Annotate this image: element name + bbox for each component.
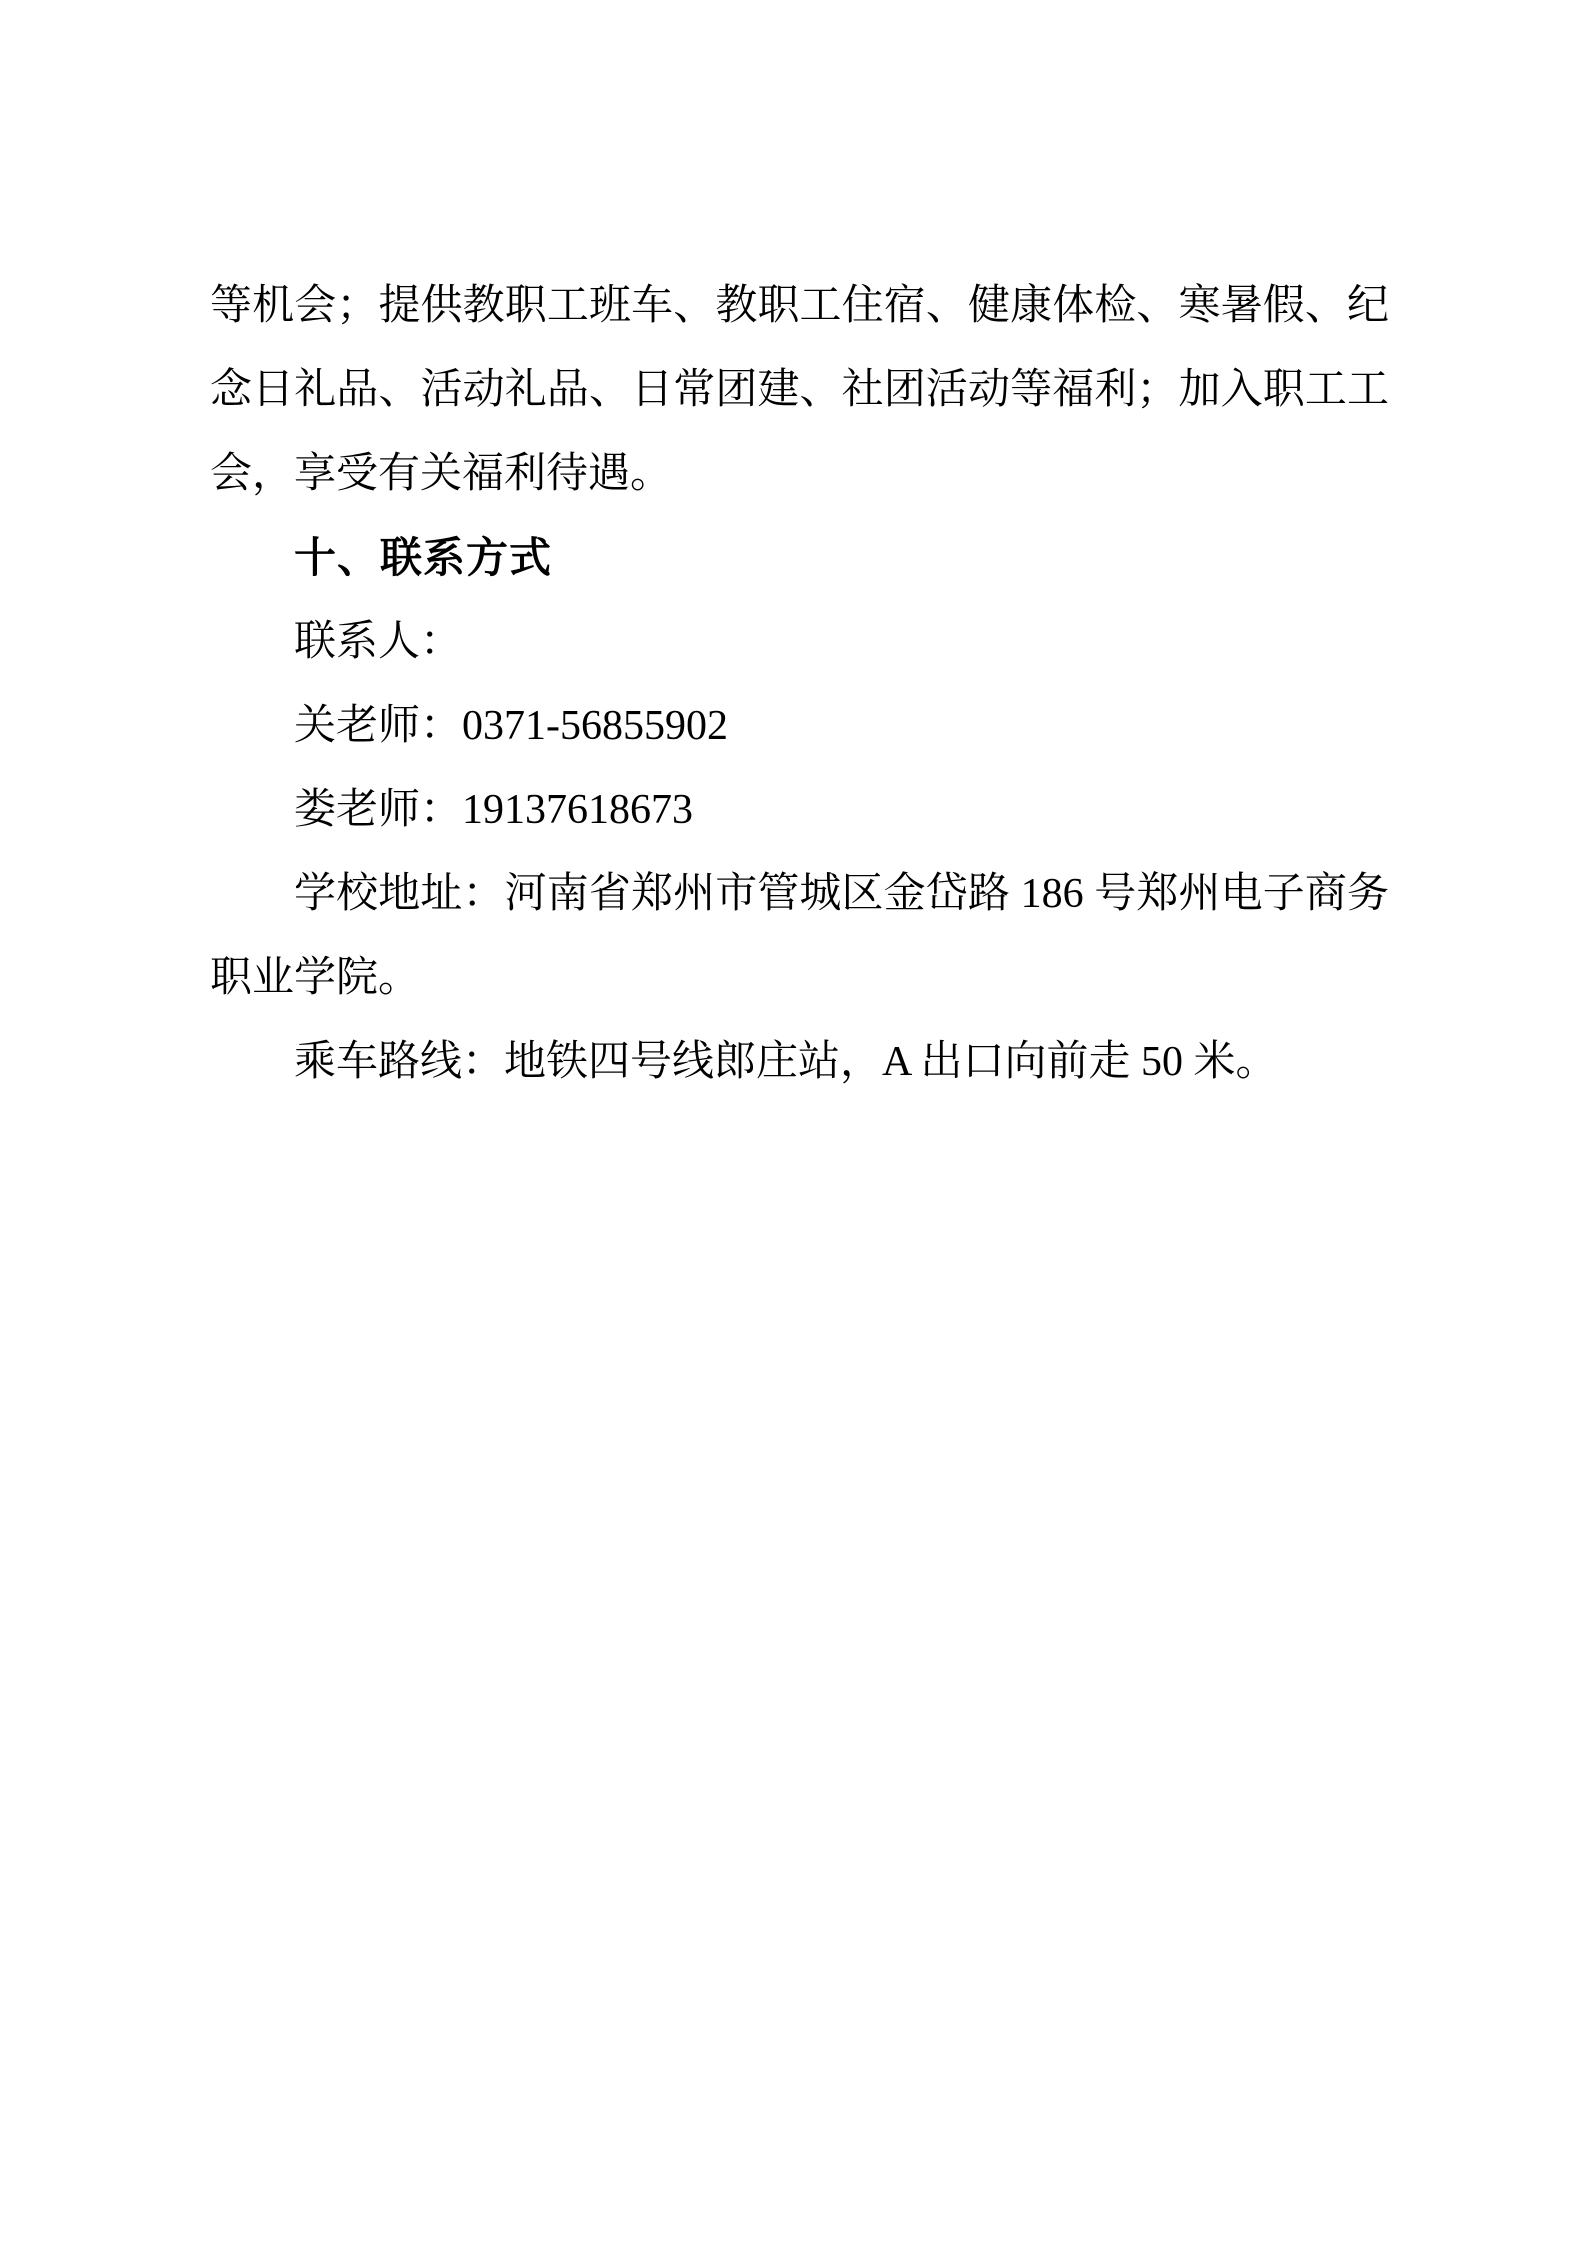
section-heading-contact: 十、联系方式 bbox=[210, 516, 1389, 600]
school-address-line-1: 学校地址：河南省郑州市管城区金岱路 186 号郑州电子商务 bbox=[210, 852, 1389, 936]
benefits-paragraph-line-3: 会，享受有关福利待遇。 bbox=[210, 432, 1389, 516]
contact-line-guan-teacher: 关老师：0371-56855902 bbox=[210, 684, 1389, 768]
school-address-line-2: 职业学院。 bbox=[210, 936, 1389, 1020]
transit-route-line: 乘车路线：地铁四号线郎庄站，A 出口向前走 50 米。 bbox=[210, 1020, 1389, 1104]
benefits-paragraph-line-2: 念日礼品、活动礼品、日常团建、社团活动等福利；加入职工工 bbox=[210, 348, 1389, 432]
benefits-paragraph-line-1: 等机会；提供教职工班车、教职工住宿、健康体检、寒暑假、纪 bbox=[210, 264, 1389, 348]
document-body: 等机会；提供教职工班车、教职工住宿、健康体检、寒暑假、纪 念日礼品、活动礼品、日… bbox=[210, 264, 1389, 1104]
document-page: 等机会；提供教职工班车、教职工住宿、健康体检、寒暑假、纪 念日礼品、活动礼品、日… bbox=[0, 0, 1587, 2245]
contact-line-lou-teacher: 娄老师：19137618673 bbox=[210, 768, 1389, 852]
contact-person-label: 联系人： bbox=[210, 600, 1389, 684]
